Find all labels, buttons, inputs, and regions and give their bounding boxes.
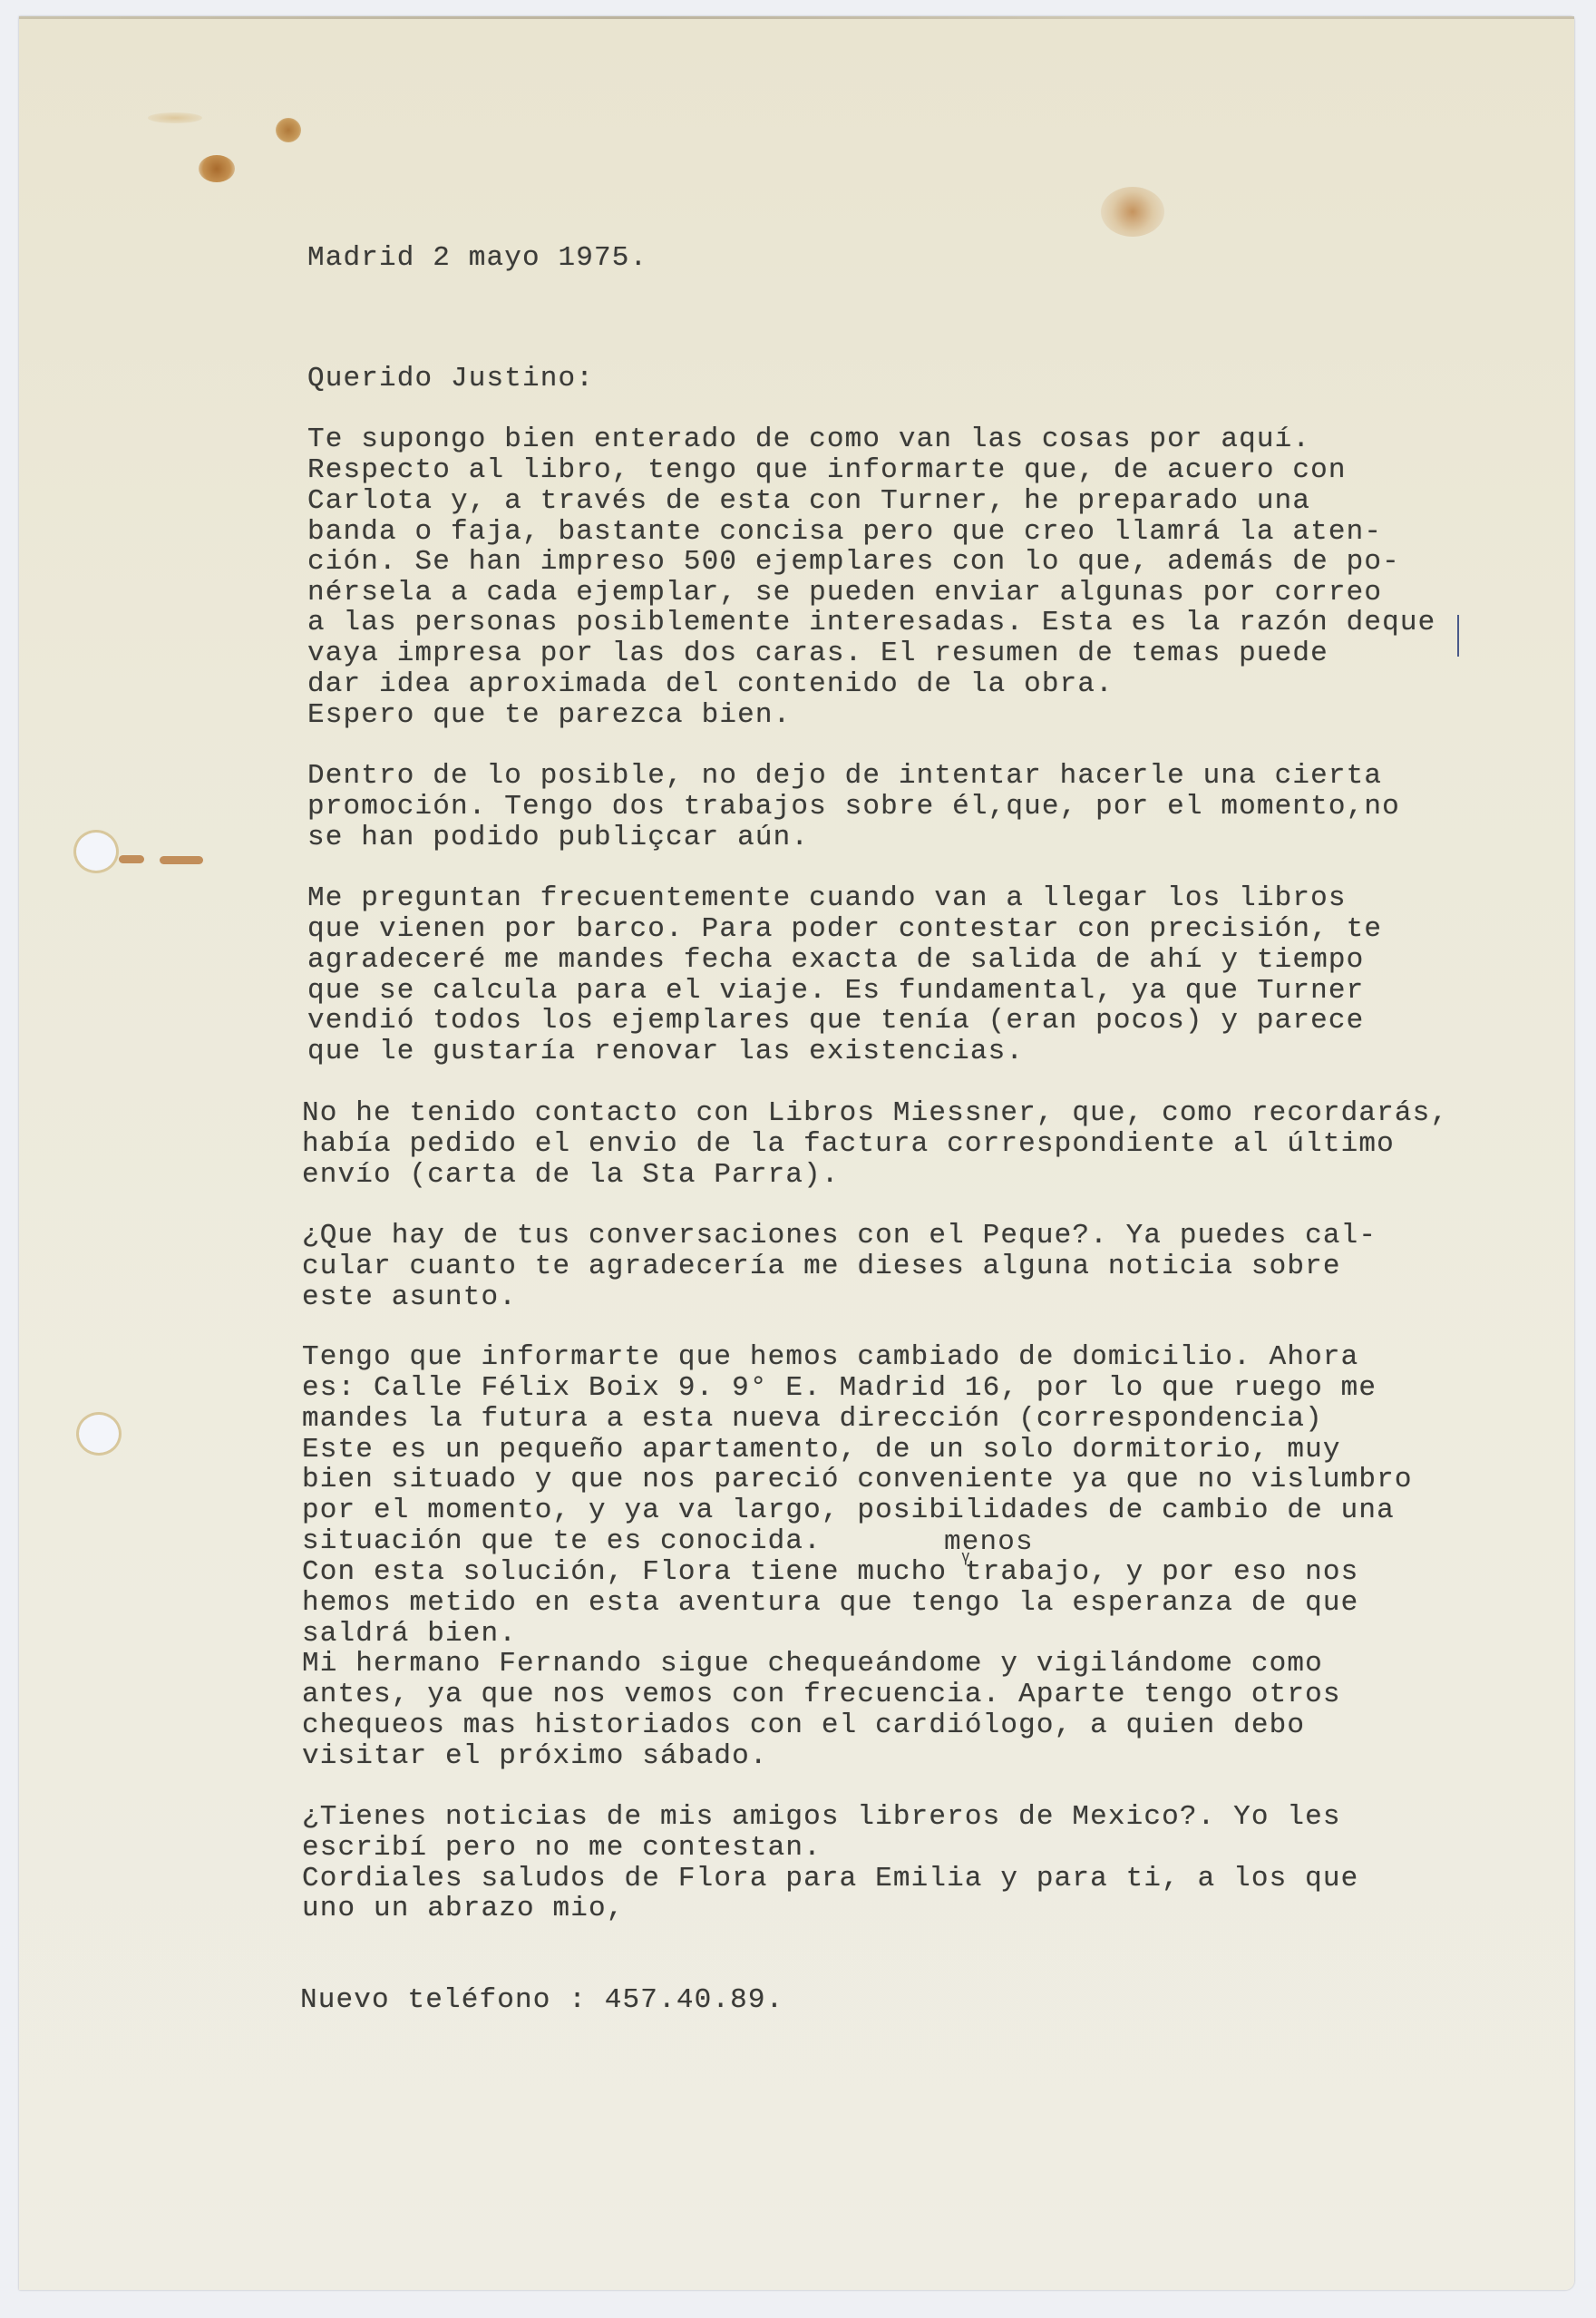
pen-mark-word-separator — [1457, 615, 1459, 657]
paragraph-3-line: que se calcula para el viaje. Es fundame… — [307, 976, 1364, 1007]
typed-insertion-menos: menos — [944, 1526, 1034, 1558]
paragraph-6-line: visitar el próximo sábado. — [302, 1741, 768, 1772]
paragraph-3-line: que vienen por barco. Para poder contest… — [307, 914, 1382, 945]
paragraph-6-line: es: Calle Félix Boix 9. 9° E. Madrid 16,… — [302, 1373, 1377, 1404]
paragraph-5-line: este asunto. — [302, 1282, 517, 1313]
paragraph-6-line: situación que te es conocida. — [302, 1526, 822, 1557]
paragraph-6-line: mandes la futura a esta nueva dirección … — [302, 1404, 1323, 1435]
paragraph-6-line: Mi hermano Fernando sigue chequeándome y… — [302, 1649, 1323, 1680]
paper-top-edge — [19, 16, 1574, 19]
paragraph-7-line: uno un abrazo mio, — [302, 1894, 625, 1924]
paragraph-4-line: envío (carta de la Sta Parra). — [302, 1160, 840, 1191]
paragraph-2-line: Dentro de lo posible, no dejo de intenta… — [307, 761, 1382, 792]
postscript-phone: Nuevo teléfono : 457.40.89. — [300, 1985, 783, 2016]
rust-streak — [160, 856, 203, 864]
paragraph-1-line: ción. Se han impreso 500 ejemplares con … — [307, 547, 1400, 578]
paragraph-4-line: No he tenido contacto con Libros Miessne… — [302, 1098, 1448, 1129]
punch-hole — [76, 833, 116, 871]
paragraph-7-line: Cordiales saludos de Flora para Emilia y… — [302, 1864, 1358, 1894]
paragraph-1-line: Espero que te parezca bien. — [307, 700, 791, 731]
paragraph-1-line: banda o faja, bastante concisa pero que … — [307, 517, 1382, 548]
rust-stain — [276, 118, 301, 142]
punch-hole — [79, 1415, 119, 1453]
paragraph-5-line: cular cuanto te agradecería me dieses al… — [302, 1252, 1341, 1282]
paragraph-1-line: dar idea aproximada del contenido de la … — [307, 669, 1114, 700]
paragraph-6-line: Este es un pequeño apartamento, de un so… — [302, 1435, 1341, 1466]
paragraph-2-line: promoción. Tengo dos trabajos sobre él,q… — [307, 792, 1400, 823]
paragraph-1-line: nérsela a cada ejemplar, se pueden envia… — [307, 578, 1382, 609]
paragraph-3-line: que le gustaría renovar las existencias. — [307, 1037, 1024, 1067]
paragraph-6-line: Con esta solución, Flora tiene mucho tra… — [302, 1557, 1358, 1588]
paragraph-6-line: Tengo que informarte que hemos cambiado … — [302, 1342, 1358, 1373]
paragraph-6-line: antes, ya que nos vemos con frecuencia. … — [302, 1680, 1341, 1710]
paragraph-7-line: escribí pero no me contestan. — [302, 1833, 822, 1864]
paragraph-6-line: bien situado y que nos pareció convenien… — [302, 1465, 1413, 1495]
paragraph-6-line: hemos metido en esta aventura que tengo … — [302, 1588, 1358, 1619]
date-line: Madrid 2 mayo 1975. — [307, 243, 647, 274]
paragraph-6-line: chequeos mas historiados con el cardiólo… — [302, 1710, 1305, 1741]
smudge-stain — [148, 112, 202, 123]
paragraph-2-line: se han podido publiçcar aún. — [307, 823, 809, 853]
rust-streak — [119, 855, 144, 863]
paragraph-3-line: agradeceré me mandes fecha exacta de sal… — [307, 945, 1364, 976]
insertion-caret-mark: ᵞ — [959, 1547, 974, 1574]
paragraph-1-line: vaya impresa por las dos caras. El resum… — [307, 638, 1328, 669]
paragraph-6-line: por el momento, y ya va largo, posibilid… — [302, 1495, 1395, 1526]
paragraph-1-line: Respecto al libro, tengo que informarte … — [307, 455, 1347, 486]
paragraph-1-line: a las personas posiblemente interesadas.… — [307, 608, 1435, 638]
rust-stain — [1101, 187, 1164, 237]
paragraph-1-line: Te supongo bien enterado de como van las… — [307, 424, 1310, 455]
paragraph-1-line: Carlota y, a través de esta con Turner, … — [307, 486, 1310, 517]
rust-stain — [199, 155, 235, 182]
paragraph-6-line: saldrá bien. — [302, 1619, 517, 1650]
paragraph-4-line: había pedido el envio de la factura corr… — [302, 1129, 1395, 1160]
paragraph-7-line: ¿Tienes noticias de mis amigos libreros … — [302, 1802, 1341, 1833]
salutation: Querido Justino: — [307, 364, 594, 394]
letter-paper: Madrid 2 mayo 1975. Querido Justino: Te … — [19, 16, 1574, 2290]
paragraph-3-line: Me preguntan frecuentemente cuando van a… — [307, 883, 1347, 914]
paragraph-3-line: vendió todos los ejemplares que tenía (e… — [307, 1006, 1364, 1037]
paragraph-5-line: ¿Que hay de tus conversaciones con el Pe… — [302, 1221, 1377, 1252]
